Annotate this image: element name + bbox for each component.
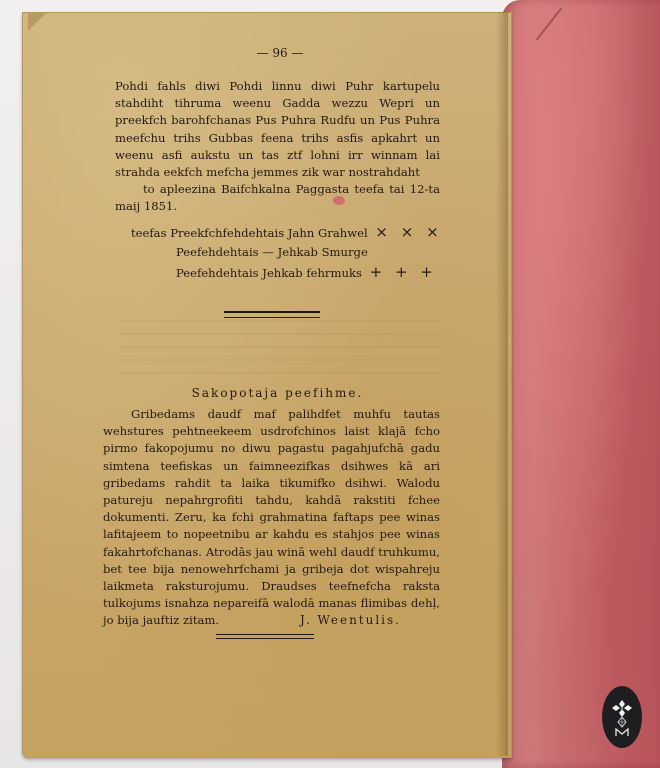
notes-text: Gribedams daudf maf palihdfet muhfu taut… xyxy=(103,406,440,630)
section-divider xyxy=(224,311,320,318)
cross-marks: × × × xyxy=(375,223,442,241)
attestation-line: to apleezina Baifchkalna Paggasta teefa … xyxy=(115,181,440,215)
signature-block: teefas Preekfchfehdehtais Jahn Grahwel ×… xyxy=(131,222,431,282)
plus-marks: + + + xyxy=(370,263,437,281)
document-paragraph: Pohdi fahls diwi Pohdi linnu diwi Puhr k… xyxy=(115,78,440,181)
folded-corner xyxy=(28,13,46,31)
end-divider xyxy=(216,634,314,639)
bleed-through-text xyxy=(120,320,440,380)
author-signature: J. Weentulis. xyxy=(300,612,401,629)
signatory-name: Jehkab fehrmuks xyxy=(262,266,362,280)
signatory-role: Peefehdehtais — xyxy=(176,245,274,259)
signature-row: Peefehdehtais Jehkab fehrmuks + + + xyxy=(131,262,431,282)
signature-row: Peefehdehtais — Jehkab Smurge xyxy=(131,242,431,262)
page-gutter-shadow xyxy=(496,12,508,756)
signatory-name: Jehkab Smurge xyxy=(278,245,368,259)
document-text: Pohdi fahls diwi Pohdi linnu diwi Puhr k… xyxy=(115,78,440,216)
notes-paragraph: Gribedams daudf maf palihdfet muhfu taut… xyxy=(103,406,440,630)
signatory-role: Peefehdehtais xyxy=(176,266,259,280)
page-number: — 96 — xyxy=(240,45,320,62)
folk-ornament-logo-icon xyxy=(602,686,642,748)
notes-heading: Sakopotaja peefihme. xyxy=(115,385,440,402)
facing-pink-page xyxy=(502,0,660,768)
signatory-name: Jahn Grahwel xyxy=(288,226,368,240)
signatory-role: teefas Preekfchfehdehtais xyxy=(131,226,284,240)
signature-row: teefas Preekfchfehdehtais Jahn Grahwel ×… xyxy=(131,222,431,242)
ink-stamp-mark xyxy=(333,196,345,205)
